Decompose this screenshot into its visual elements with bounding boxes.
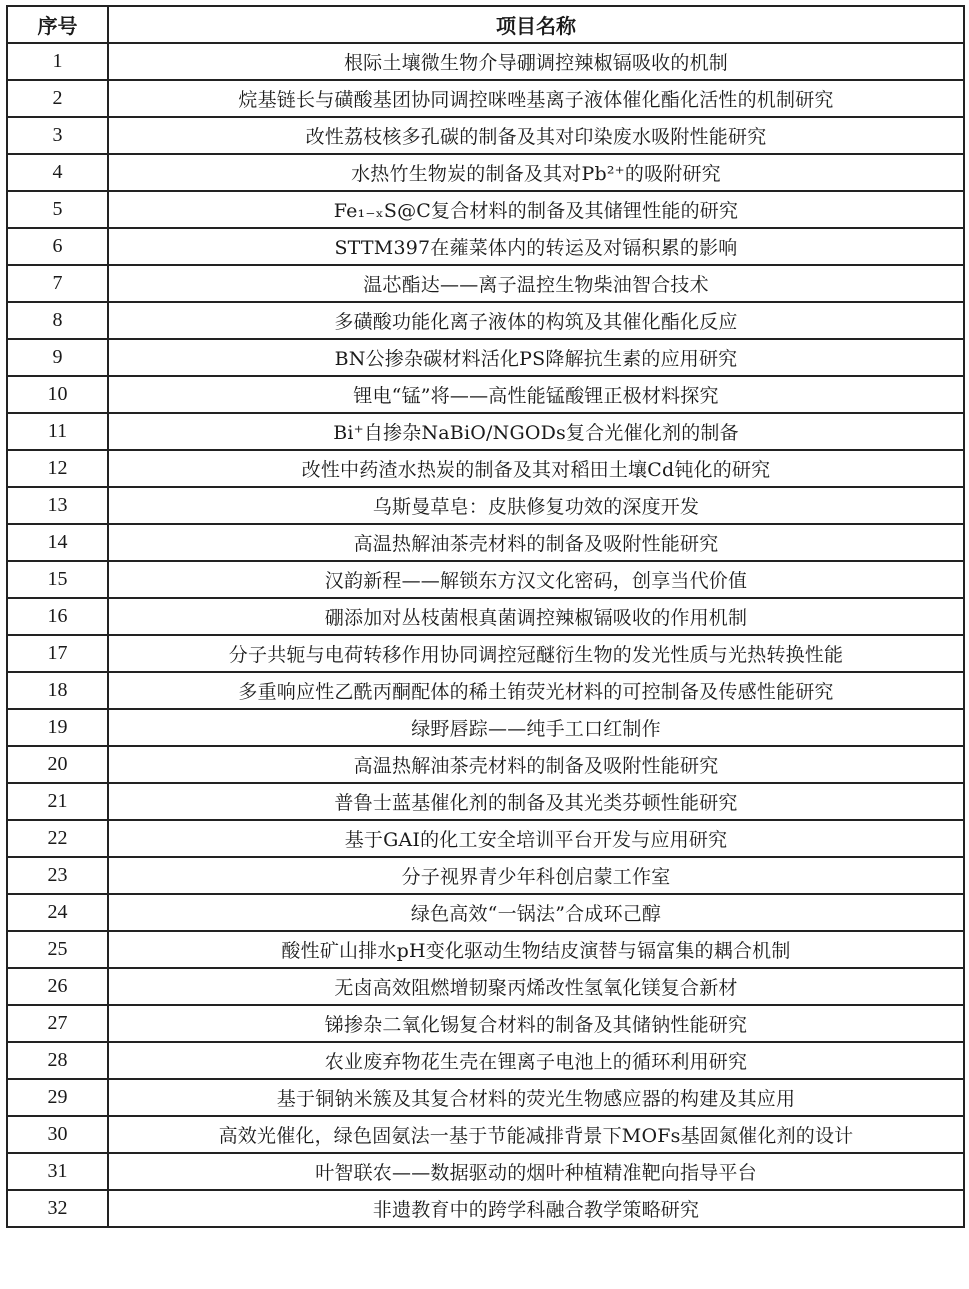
table-row: 5Fe₁₋ₓS@C复合材料的制备及其储锂性能的研究 (7, 191, 964, 228)
table-row: 11Bi⁺自掺杂NaBiO/NGODs复合光催化剂的制备 (7, 413, 964, 450)
row-index: 11 (7, 413, 108, 450)
table-row: 2烷基链长与磺酸基团协同调控咪唑基离子液体催化酯化活性的机制研究 (7, 80, 964, 117)
table-row: 10锂电“锰”将——高性能锰酸锂正极材料探究 (7, 376, 964, 413)
row-index: 12 (7, 450, 108, 487)
row-index: 8 (7, 302, 108, 339)
table-row: 1根际土壤微生物介导硼调控辣椒镉吸收的机制 (7, 43, 964, 80)
row-index: 4 (7, 154, 108, 191)
row-index: 30 (7, 1116, 108, 1153)
row-project-name: 温芯酯达——离子温控生物柴油智合技术 (108, 265, 964, 302)
row-index: 17 (7, 635, 108, 672)
row-index: 20 (7, 746, 108, 783)
row-project-name: 基于GAI的化工安全培训平台开发与应用研究 (108, 820, 964, 857)
table-row: 13乌斯曼草皂：皮肤修复功效的深度开发 (7, 487, 964, 524)
row-project-name: 高效光催化，绿色固氨法一基于节能减排背景下MOFs基固氮催化剂的设计 (108, 1116, 964, 1153)
row-index: 21 (7, 783, 108, 820)
table-row: 25酸性矿山排水pH变化驱动生物结皮演替与镉富集的耦合机制 (7, 931, 964, 968)
row-project-name: 农业废弃物花生壳在锂离子电池上的循环利用研究 (108, 1042, 964, 1079)
table-row: 9BN公掺杂碳材料活化PS降解抗生素的应用研究 (7, 339, 964, 376)
row-index: 9 (7, 339, 108, 376)
row-project-name: BN公掺杂碳材料活化PS降解抗生素的应用研究 (108, 339, 964, 376)
row-project-name: 改性荔枝核多孔碳的制备及其对印染废水吸附性能研究 (108, 117, 964, 154)
table-row: 15汉韵新程——解锁东方汉文化密码，创享当代价值 (7, 561, 964, 598)
row-index: 31 (7, 1153, 108, 1190)
row-project-name: 分子视界青少年科创启蒙工作室 (108, 857, 964, 894)
row-index: 32 (7, 1190, 108, 1227)
row-project-name: 乌斯曼草皂：皮肤修复功效的深度开发 (108, 487, 964, 524)
table-row: 27锑掺杂二氧化锡复合材料的制备及其储钠性能研究 (7, 1005, 964, 1042)
table-row: 7温芯酯达——离子温控生物柴油智合技术 (7, 265, 964, 302)
row-project-name: Fe₁₋ₓS@C复合材料的制备及其储锂性能的研究 (108, 191, 964, 228)
row-project-name: 根际土壤微生物介导硼调控辣椒镉吸收的机制 (108, 43, 964, 80)
row-project-name: 汉韵新程——解锁东方汉文化密码，创享当代价值 (108, 561, 964, 598)
row-project-name: 基于铜钠米簇及其复合材料的荧光生物感应器的构建及其应用 (108, 1079, 964, 1116)
table-row: 31叶智联农——数据驱动的烟叶种植精准靶向指导平台 (7, 1153, 964, 1190)
row-project-name: 酸性矿山排水pH变化驱动生物结皮演替与镉富集的耦合机制 (108, 931, 964, 968)
project-list-table: 序号 项目名称 1根际土壤微生物介导硼调控辣椒镉吸收的机制2烷基链长与磺酸基团协… (6, 5, 965, 1228)
table-row: 28农业废弃物花生壳在锂离子电池上的循环利用研究 (7, 1042, 964, 1079)
row-index: 28 (7, 1042, 108, 1079)
row-index: 26 (7, 968, 108, 1005)
table-row: 22基于GAI的化工安全培训平台开发与应用研究 (7, 820, 964, 857)
row-index: 7 (7, 265, 108, 302)
row-index: 23 (7, 857, 108, 894)
row-index: 22 (7, 820, 108, 857)
table-row: 12改性中药渣水热炭的制备及其对稻田土壤Cd钝化的研究 (7, 450, 964, 487)
table-row: 16硼添加对丛枝菌根真菌调控辣椒镉吸收的作用机制 (7, 598, 964, 635)
row-project-name: 高温热解油茶壳材料的制备及吸附性能研究 (108, 524, 964, 561)
table-row: 14高温热解油茶壳材料的制备及吸附性能研究 (7, 524, 964, 561)
table-row: 30高效光催化，绿色固氨法一基于节能减排背景下MOFs基固氮催化剂的设计 (7, 1116, 964, 1153)
table-row: 26无卤高效阻燃增韧聚丙烯改性氢氧化镁复合新材 (7, 968, 964, 1005)
row-project-name: 普鲁士蓝基催化剂的制备及其光类芬顿性能研究 (108, 783, 964, 820)
row-project-name: 多磺酸功能化离子液体的构筑及其催化酯化反应 (108, 302, 964, 339)
row-index: 18 (7, 672, 108, 709)
row-project-name: Bi⁺自掺杂NaBiO/NGODs复合光催化剂的制备 (108, 413, 964, 450)
table-row: 4水热竹生物炭的制备及其对Pb²⁺的吸附研究 (7, 154, 964, 191)
row-index: 15 (7, 561, 108, 598)
row-project-name: 高温热解油茶壳材料的制备及吸附性能研究 (108, 746, 964, 783)
table-row: 3改性荔枝核多孔碳的制备及其对印染废水吸附性能研究 (7, 117, 964, 154)
row-project-name: 锑掺杂二氧化锡复合材料的制备及其储钠性能研究 (108, 1005, 964, 1042)
row-project-name: 多重响应性乙酰丙酮配体的稀土铕荧光材料的可控制备及传感性能研究 (108, 672, 964, 709)
row-index: 5 (7, 191, 108, 228)
row-index: 14 (7, 524, 108, 561)
row-index: 3 (7, 117, 108, 154)
row-project-name: 烷基链长与磺酸基团协同调控咪唑基离子液体催化酯化活性的机制研究 (108, 80, 964, 117)
table-row: 6STTM397在蕹菜体内的转运及对镉积累的影响 (7, 228, 964, 265)
row-index: 25 (7, 931, 108, 968)
row-index: 6 (7, 228, 108, 265)
row-project-name: 分子共轭与电荷转移作用协同调控冠醚衍生物的发光性质与光热转换性能 (108, 635, 964, 672)
row-project-name: 锂电“锰”将——高性能锰酸锂正极材料探究 (108, 376, 964, 413)
row-project-name: 水热竹生物炭的制备及其对Pb²⁺的吸附研究 (108, 154, 964, 191)
row-index: 19 (7, 709, 108, 746)
table-row: 32非遗教育中的跨学科融合教学策略研究 (7, 1190, 964, 1227)
row-index: 24 (7, 894, 108, 931)
header-project-name: 项目名称 (108, 6, 964, 43)
row-index: 27 (7, 1005, 108, 1042)
row-project-name: 硼添加对丛枝菌根真菌调控辣椒镉吸收的作用机制 (108, 598, 964, 635)
row-index: 13 (7, 487, 108, 524)
row-project-name: 改性中药渣水热炭的制备及其对稻田土壤Cd钝化的研究 (108, 450, 964, 487)
table-row: 18多重响应性乙酰丙酮配体的稀土铕荧光材料的可控制备及传感性能研究 (7, 672, 964, 709)
row-index: 1 (7, 43, 108, 80)
table-row: 20高温热解油茶壳材料的制备及吸附性能研究 (7, 746, 964, 783)
row-project-name: 绿野唇踪——纯手工口红制作 (108, 709, 964, 746)
table-row: 21普鲁士蓝基催化剂的制备及其光类芬顿性能研究 (7, 783, 964, 820)
table-body: 1根际土壤微生物介导硼调控辣椒镉吸收的机制2烷基链长与磺酸基团协同调控咪唑基离子… (7, 43, 964, 1227)
row-index: 10 (7, 376, 108, 413)
row-project-name: 非遗教育中的跨学科融合教学策略研究 (108, 1190, 964, 1227)
table-row: 17分子共轭与电荷转移作用协同调控冠醚衍生物的发光性质与光热转换性能 (7, 635, 964, 672)
row-project-name: STTM397在蕹菜体内的转运及对镉积累的影响 (108, 228, 964, 265)
table-row: 23分子视界青少年科创启蒙工作室 (7, 857, 964, 894)
row-project-name: 无卤高效阻燃增韧聚丙烯改性氢氧化镁复合新材 (108, 968, 964, 1005)
row-project-name: 叶智联农——数据驱动的烟叶种植精准靶向指导平台 (108, 1153, 964, 1190)
row-index: 16 (7, 598, 108, 635)
project-list-table-container: 序号 项目名称 1根际土壤微生物介导硼调控辣椒镉吸收的机制2烷基链长与磺酸基团协… (6, 5, 963, 1228)
table-row: 8多磺酸功能化离子液体的构筑及其催化酯化反应 (7, 302, 964, 339)
table-header-row: 序号 项目名称 (7, 6, 964, 43)
row-index: 2 (7, 80, 108, 117)
table-row: 24绿色高效“一锅法”合成环己醇 (7, 894, 964, 931)
header-index: 序号 (7, 6, 108, 43)
table-row: 19绿野唇踪——纯手工口红制作 (7, 709, 964, 746)
row-index: 29 (7, 1079, 108, 1116)
table-row: 29基于铜钠米簇及其复合材料的荧光生物感应器的构建及其应用 (7, 1079, 964, 1116)
row-project-name: 绿色高效“一锅法”合成环己醇 (108, 894, 964, 931)
